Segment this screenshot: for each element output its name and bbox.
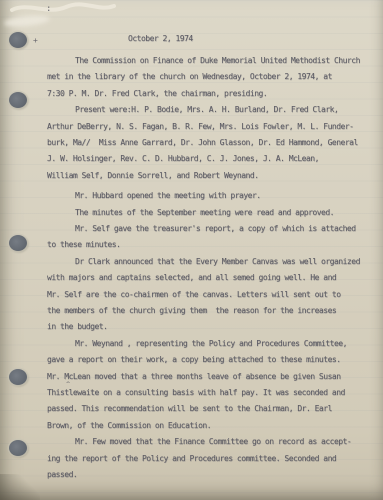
document-line: with majors and captains selected, and a…	[47, 270, 357, 286]
document-line: Mr. Self gave the treasurer's report, a …	[47, 221, 357, 237]
document-line: The minutes of the September meeting wer…	[47, 205, 357, 221]
document-line: to these minutes.	[47, 237, 357, 253]
document-line: Mr. Few moved that the Finance Committee…	[47, 434, 357, 450]
document-line: Dr Clark announced that the Every Member…	[47, 254, 357, 270]
document-line: Present were:H. P. Bodie, Mrs. A. H. Bur…	[47, 102, 357, 118]
document-line: met in the library of the church on Wedn…	[47, 69, 357, 85]
document-line: Mr. Weynand , representing the Policy an…	[47, 336, 357, 352]
punch-hole-3	[9, 235, 27, 251]
white-scratch-mark	[8, 0, 118, 20]
document-line: passed. This recommendation will be sent…	[47, 401, 357, 417]
paragraph: Mr. Few moved that the Finance Committee…	[47, 434, 357, 483]
pen-colon-mark: :	[46, 4, 51, 14]
document-line: Mr. McLean moved that a three months lea…	[47, 369, 357, 385]
paragraph: The minutes of the September meeting wer…	[47, 205, 357, 221]
punch-hole-1	[9, 32, 27, 48]
document-line: in the budget.	[47, 319, 357, 335]
document-line: ing the report of the Policy and Procedu…	[47, 451, 357, 467]
scanned-page: + : October 2, 1974 The Commission on Fi…	[0, 0, 383, 500]
document-line: The Commission on Finance of Duke Memori…	[47, 53, 357, 69]
document-line: Mr. Self are the co-chairmen of the canv…	[47, 287, 357, 303]
paragraph: Present were:H. P. Bodie, Mrs. A. H. Bur…	[47, 102, 357, 184]
date-heading: October 2, 1974	[47, 31, 357, 47]
text-body: October 2, 1974 The Commission on Financ…	[47, 31, 357, 483]
pen-plus-mark: +	[33, 36, 38, 45]
punch-hole-5	[9, 440, 27, 456]
document-line: burk, Ma// Miss Anne Garrard, Dr. John G…	[47, 135, 357, 151]
document-line: William Self, Donnie Sorrell, and Robert…	[47, 168, 357, 184]
document-line: J. W. Holsinger, Rev. C. D. Hubbard, C. …	[47, 151, 357, 167]
paragraph: Mr. Weynand , representing the Policy an…	[47, 336, 357, 434]
paragraph: The Commission on Finance of Duke Memori…	[47, 53, 357, 102]
document-line: Thistlewaite on a consulting basis with …	[47, 385, 357, 401]
document-line: the members of the church giving them th…	[47, 303, 357, 319]
paragraph: Dr Clark announced that the Every Member…	[47, 254, 357, 336]
document-line: Arthur DeBerry, N. S. Fagan, B. R. Few, …	[47, 119, 357, 135]
paragraph: Mr. Self gave the treasurer's report, a …	[47, 221, 357, 254]
handwritten-caret-mark: ^	[66, 381, 70, 387]
document-line: 7:30 P. M. Dr. Fred Clark, the chairman,…	[47, 86, 357, 102]
punch-hole-2	[9, 92, 27, 108]
punch-hole-4	[9, 369, 27, 385]
document-line: Brown, of the Commission on Education.	[47, 418, 357, 434]
document-line: Mr. Hubbard opened the meeting with pray…	[47, 188, 357, 204]
document-line: passed.	[47, 467, 357, 483]
paper-corner-shadow	[0, 474, 40, 500]
document-line: gave a report on their work, a copy bein…	[47, 352, 357, 368]
paragraph: Mr. Hubbard opened the meeting with pray…	[47, 188, 357, 204]
